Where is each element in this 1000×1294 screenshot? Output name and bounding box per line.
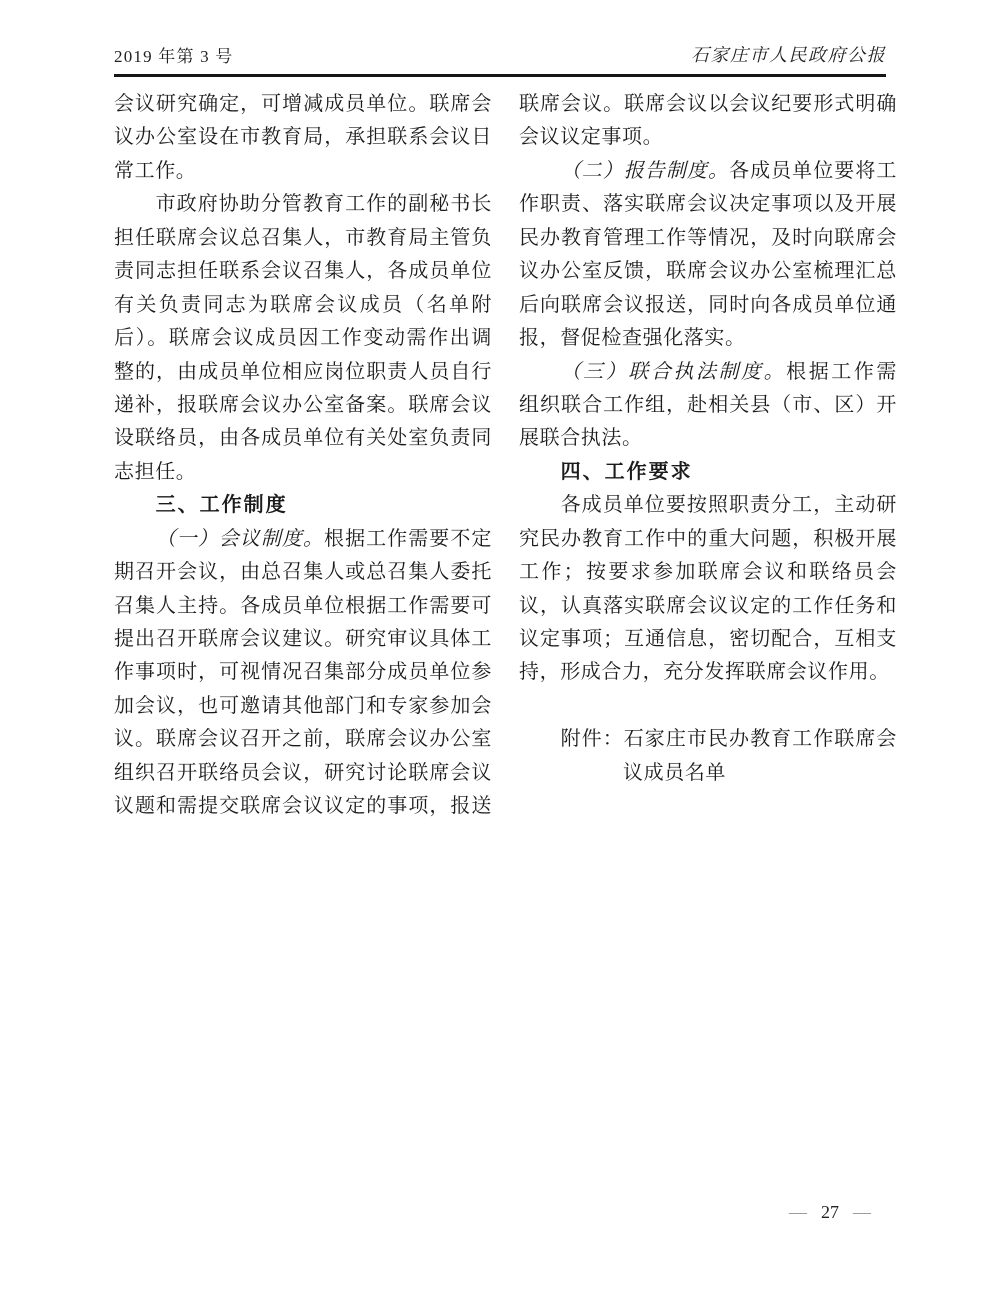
section-heading: 三、工作制度	[114, 489, 492, 522]
text-line: 议成员名单	[519, 757, 897, 790]
kaiti-lead-in: （一）会议制度。	[156, 528, 324, 550]
text-line: 工作；按要求参加联席会议和联络员会	[519, 556, 897, 589]
page-number: —27—	[770, 1198, 890, 1226]
page-number-dash-left: —	[789, 1202, 807, 1222]
text-line: 期召开会议，由总召集人或总召集人委托	[114, 556, 492, 589]
gazette-page: 2019 年第 3 号 石家庄市人民政府公报 会议研究确定，可增减成员单位。联席…	[0, 0, 1000, 1294]
text-line: 报，督促检查强化落实。	[519, 322, 897, 355]
text-line: 组织召开联络员会议，研究讨论联席会议	[114, 757, 492, 790]
text-line: 后）。联席会议成员因工作变动需作出调	[114, 322, 492, 355]
text-line: （三）联合执法制度。根据工作需要，	[519, 356, 897, 389]
text-line: 联席会议。联席会议以会议纪要形式明确	[519, 88, 897, 121]
text-line: 究民办教育工作中的重大问题，积极开展	[519, 523, 897, 556]
text-line: 附件：石家庄市民办教育工作联席会	[519, 723, 897, 756]
text-line: 持，形成合力，充分发挥联席会议作用。	[519, 656, 897, 689]
text-line: 市政府协助分管教育工作的副秘书长	[114, 188, 492, 221]
page-number-dash-right: —	[853, 1202, 871, 1222]
text-line: 议办公室设在市教育局，承担联系会议日	[114, 121, 492, 154]
kaiti-lead-in: （三）联合执法制度。	[561, 361, 787, 383]
header-publication-title: 石家庄市人民政府公报	[691, 41, 886, 67]
text-line: 担任联席会议总召集人，市教育局主管负	[114, 222, 492, 255]
text-line: 召集人主持。各成员单位根据工作需要可	[114, 590, 492, 623]
text-line: 组织联合工作组，赴相关县（市、区）开	[519, 389, 897, 422]
text-line: 有关负责同志为联席会议成员（名单附	[114, 289, 492, 322]
text-column-left: 会议研究确定，可增减成员单位。联席会议办公室设在市教育局，承担联系会议日常工作。…	[114, 88, 492, 824]
text-line: 整的，由成员单位相应岗位职责人员自行	[114, 356, 492, 389]
text-line: 常工作。	[114, 155, 492, 188]
page-number-value: 27	[821, 1202, 839, 1222]
text-line: 议。联席会议召开之前，联席会议办公室	[114, 723, 492, 756]
text-line: 加会议，也可邀请其他部门和专家参加会	[114, 690, 492, 723]
text-line: （一）会议制度。根据工作需要不定	[114, 523, 492, 556]
text-line: 议定事项；互通信息，密切配合，互相支	[519, 623, 897, 656]
text-line: 会议研究确定，可增减成员单位。联席会	[114, 88, 492, 121]
text-line: 作职责、落实联席会议决定事项以及开展	[519, 188, 897, 221]
blank-line	[519, 690, 897, 723]
text-line: 议办公室反馈，联席会议办公室梳理汇总	[519, 255, 897, 288]
text-line: 民办教育管理工作等情况，及时向联席会	[519, 222, 897, 255]
text-line: 设联络员，由各成员单位有关处室负责同	[114, 422, 492, 455]
text-line: 议题和需提交联席会议议定的事项，报送	[114, 790, 492, 823]
text-line: 志担任。	[114, 456, 492, 489]
text-line: 后向联席会议报送，同时向各成员单位通	[519, 289, 897, 322]
text-line: 会议议定事项。	[519, 121, 897, 154]
kaiti-lead-in: （二）报告制度。	[561, 160, 729, 182]
text-line: 各成员单位要按照职责分工，主动研	[519, 489, 897, 522]
text-line: 议，认真落实联席会议议定的工作任务和	[519, 590, 897, 623]
text-line: 作事项时，可视情况召集部分成员单位参	[114, 656, 492, 689]
text-line: 提出召开联席会议建议。研究审议具体工	[114, 623, 492, 656]
text-line: 责同志担任联系会议召集人，各成员单位	[114, 255, 492, 288]
section-heading: 四、工作要求	[519, 456, 897, 489]
header-issue-number: 2019 年第 3 号	[114, 42, 233, 67]
text-line: （二）报告制度。各成员单位要将工	[519, 155, 897, 188]
header-divider-rule	[114, 74, 886, 77]
text-line: 递补，报联席会议办公室备案。联席会议	[114, 389, 492, 422]
text-column-right: 联席会议。联席会议以会议纪要形式明确会议议定事项。（二）报告制度。各成员单位要将…	[519, 88, 897, 790]
text-line: 展联合执法。	[519, 422, 897, 455]
